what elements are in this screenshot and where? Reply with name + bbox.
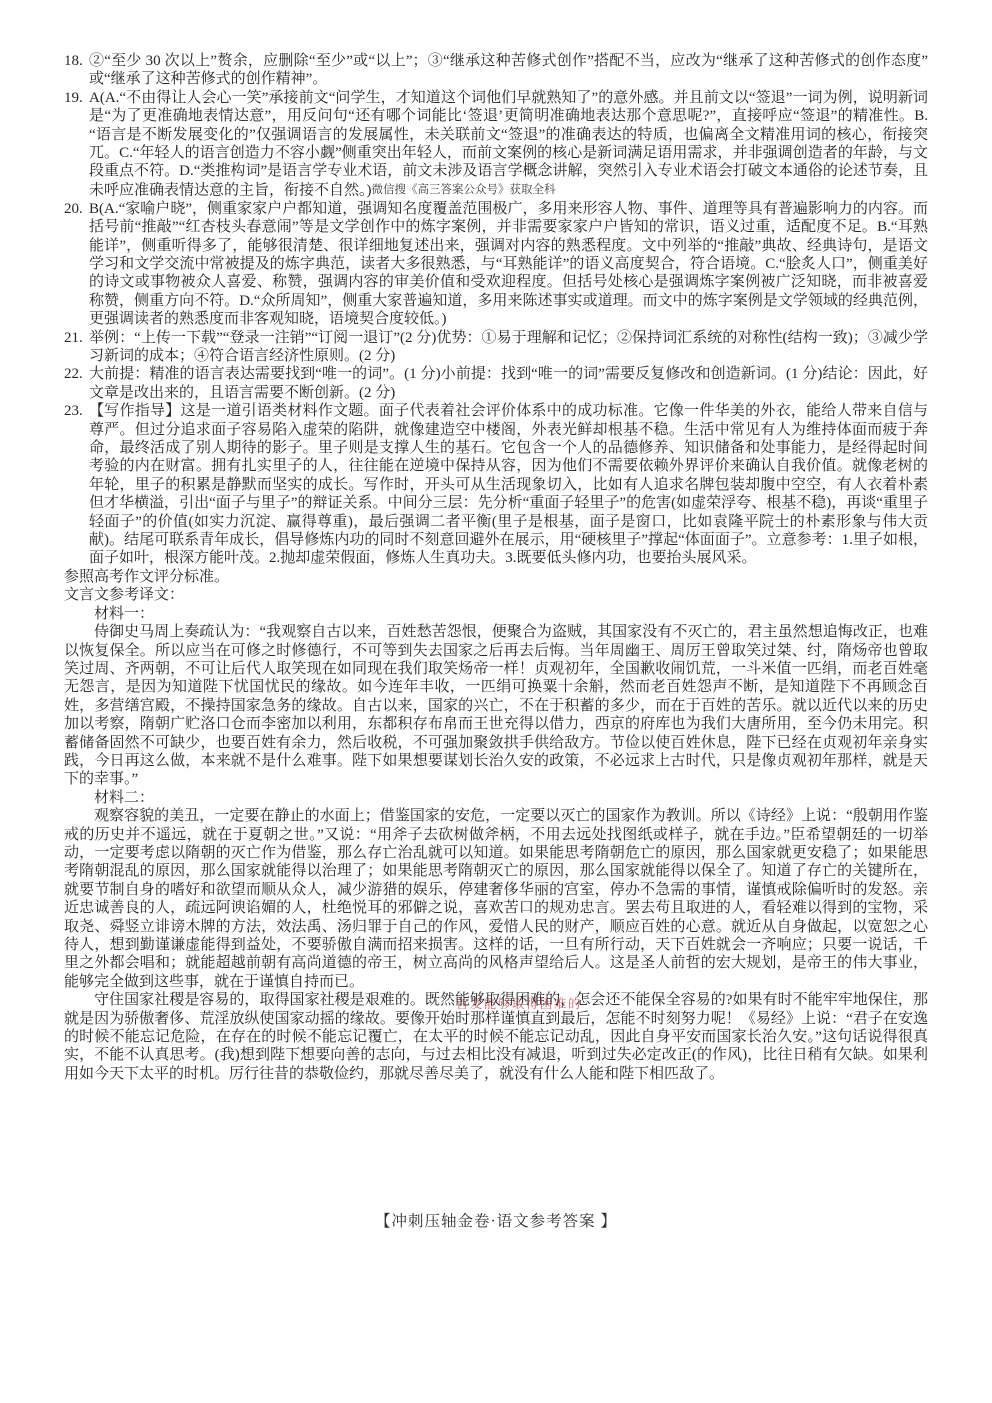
page-footer-title: 【冲刺压轴金卷·语文参考答案 】 <box>0 1209 992 1231</box>
answer-text: B(A.“家喻户晓”，侧重家家户户都知道，强调知名度覆盖范围极广，多用来形容人物… <box>89 201 928 327</box>
answer-number: 21. <box>64 329 83 347</box>
material2-title: 材料二： <box>64 789 928 807</box>
answer-text: 大前提：精准的语言表达需要找到“唯一的词”。(1 分)小前提：找到“唯一的词”需… <box>89 366 928 400</box>
wechat-promo-note: 微信搜《高三答案公众号》获取全科 <box>372 184 556 196</box>
grading-standards-note: 参照高考作文评分标准。 <box>64 568 928 586</box>
watermarked-phrase: 首发能够取得困难的既然能够取得困难的， <box>425 992 575 1008</box>
answer-text: 举例：“上传一下载”“登录一注销”“订阅一退订”(2 分)优势：①易于理解和记忆… <box>89 330 928 364</box>
material2-paragraph-1: 观察容貌的美丑，一定要在静止的水面上；借鉴国家的安危，一定要以灭亡的国家作为教训… <box>64 807 928 991</box>
answer-text: A(A.“不由得让人会心一笑”承接前文“问学生，才知道这个词他们早就熟知了”的意… <box>89 90 928 199</box>
material1-title: 材料一： <box>64 605 928 623</box>
answer-sheet-page: 18. ②“至少 30 次以上”赘余，应删除“至少”或“以上”；③“继承这种苦修… <box>0 0 992 1403</box>
material2-paragraph-2: 守住国家社稷是容易的，取得国家社稷是艰难的。首发能够取得困难的既然能够取得困难的… <box>64 991 928 1083</box>
material1-paragraph: 侍御史马周上奏疏认为：“我观察自古以来，百姓愁苦怨恨，便聚合为盗贼，其国家没有不… <box>64 623 928 789</box>
answer-text: ②“至少 30 次以上”赘余，应删除“至少”或“以上”；③“继承这种苦修式创作”… <box>89 53 928 87</box>
answer-text: 【写作指导】这是一道引语类材料作文题。面子代表着社会评价体系中的成功标准。它像一… <box>89 403 928 566</box>
answer-item-18: 18. ②“至少 30 次以上”赘余，应删除“至少”或“以上”；③“继承这种苦修… <box>64 52 928 89</box>
answer-number: 18. <box>64 52 83 70</box>
paragraph-text: 守住国家社稷是容易的，取得国家社稷是艰难的。 <box>94 992 425 1008</box>
answer-item-19: 19. A(A.“不由得让人会心一笑”承接前文“问学生，才知道这个词他们早就熟知… <box>64 89 928 200</box>
paragraph-text: 既然能够取得困难的， <box>425 992 575 1008</box>
answer-number: 23. <box>64 402 83 420</box>
document-body: 18. ②“至少 30 次以上”赘余，应删除“至少”或“以上”；③“继承这种苦修… <box>64 52 928 1083</box>
answer-item-20: 20. B(A.“家喻户晓”，侧重家家户户都知道，强调知名度覆盖范围极广，多用来… <box>64 200 928 329</box>
answer-number: 22. <box>64 365 83 383</box>
answer-number: 19. <box>64 89 83 107</box>
translation-heading: 文言文参考译文： <box>64 586 928 604</box>
answer-number: 20. <box>64 200 83 218</box>
answer-item-21: 21. 举例：“上传一下载”“登录一注销”“订阅一退订”(2 分)优势：①易于理… <box>64 329 928 366</box>
answer-item-22: 22. 大前提：精准的语言表达需要找到“唯一的词”。(1 分)小前提：找到“唯一… <box>64 365 928 402</box>
answer-item-23: 23. 【写作指导】这是一道引语类材料作文题。面子代表着社会评价体系中的成功标准… <box>64 402 928 568</box>
